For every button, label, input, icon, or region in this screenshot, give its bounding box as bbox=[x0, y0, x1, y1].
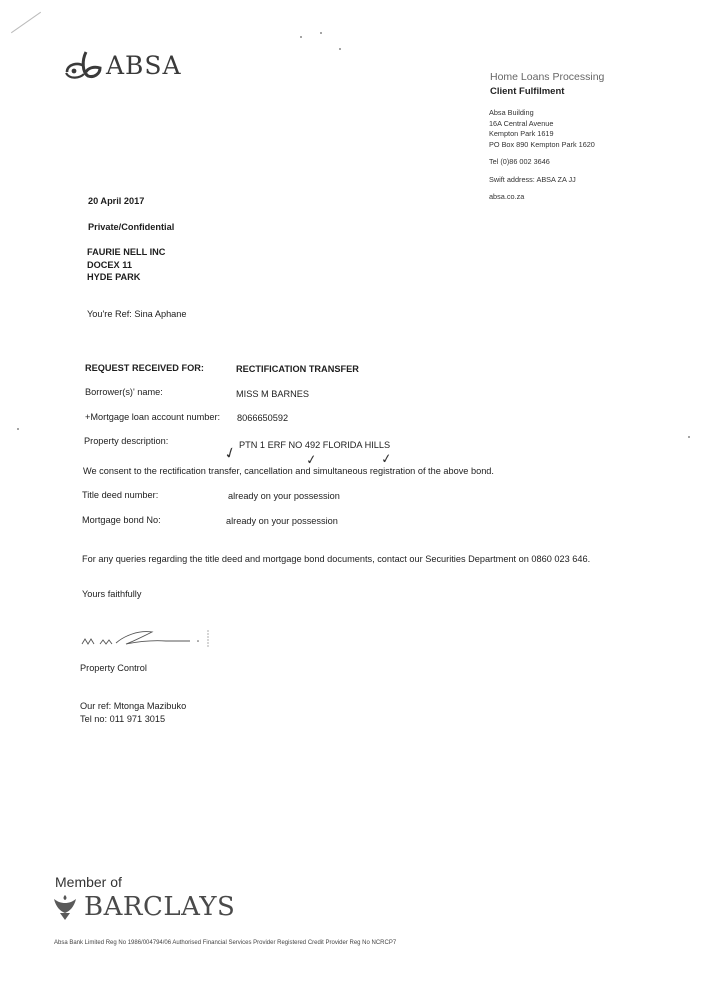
website-link[interactable]: absa.co.za bbox=[489, 192, 524, 201]
bond-number-label: Mortgage bond No: bbox=[82, 515, 161, 525]
account-number-value: 8066650592 bbox=[237, 413, 288, 423]
title-deed-label: Title deed number: bbox=[82, 490, 158, 500]
scan-speck bbox=[339, 48, 341, 50]
department-name: Home Loans Processing bbox=[490, 71, 604, 83]
scan-speck bbox=[320, 32, 322, 34]
our-reference: Our ref: Mtonga Mazibuko bbox=[80, 701, 186, 711]
address-line: Kempton Park 1619 bbox=[489, 129, 595, 140]
recipient-line: DOCEX 11 bbox=[87, 259, 165, 272]
consent-statement: We consent to the rectification transfer… bbox=[83, 466, 494, 476]
absa-logo-text: ABSA bbox=[106, 52, 182, 80]
checkmark-icon: ✓ bbox=[221, 442, 239, 463]
scan-speck bbox=[688, 436, 690, 438]
sub-department-name: Client Fulfilment bbox=[490, 86, 564, 97]
your-ref-value: Sina Aphane bbox=[134, 309, 186, 319]
your-ref-label: You're Ref: bbox=[87, 309, 132, 319]
request-value: RECTIFICATION TRANSFER bbox=[236, 364, 359, 374]
scan-mark bbox=[11, 12, 41, 33]
recipient-address: FAURIE NELL INC DOCEX 11 HYDE PARK bbox=[87, 246, 165, 284]
account-number-label: +Mortgage loan account number: bbox=[85, 412, 220, 422]
absa-logo: ABSA bbox=[64, 50, 182, 80]
address-block: Absa Building 16A Central Avenue Kempton… bbox=[489, 108, 595, 151]
signatory-department: Property Control bbox=[80, 663, 147, 673]
borrower-value: MISS M BARNES bbox=[236, 389, 309, 399]
header-telephone: Tel (0)86 002 3646 bbox=[489, 157, 550, 166]
scan-speck bbox=[300, 36, 302, 38]
recipient-line: HYDE PARK bbox=[87, 271, 165, 284]
bond-number-value: already on your possession bbox=[226, 516, 338, 526]
letter-date: 20 April 2017 bbox=[88, 196, 144, 206]
scan-speck bbox=[17, 428, 19, 430]
signature bbox=[80, 628, 220, 650]
barclays-logo-text: BARCLAYS bbox=[84, 892, 235, 922]
member-of-label: Member of bbox=[55, 874, 122, 890]
address-line: 16A Central Avenue bbox=[489, 119, 595, 130]
barclays-eagle-icon bbox=[52, 893, 78, 921]
recipient-line: FAURIE NELL INC bbox=[87, 246, 165, 259]
closing: Yours faithfully bbox=[82, 589, 141, 599]
absa-symbol-icon bbox=[64, 50, 102, 80]
request-label: REQUEST RECEIVED FOR: bbox=[85, 363, 204, 373]
borrower-label: Borrower(s)' name: bbox=[85, 387, 163, 397]
swift-address: Swift address: ABSA ZA JJ bbox=[489, 175, 576, 184]
queries-statement: For any queries regarding the title deed… bbox=[82, 554, 590, 564]
address-line: PO Box 890 Kempton Park 1620 bbox=[489, 140, 595, 151]
title-deed-value: already on your possession bbox=[228, 491, 340, 501]
property-description-value: PTN 1 ERF NO 492 FLORIDA HILLS bbox=[239, 440, 390, 450]
your-reference: You're Ref: Sina Aphane bbox=[87, 309, 187, 319]
classification: Private/Confidential bbox=[88, 222, 174, 232]
contact-telephone: Tel no: 011 971 3015 bbox=[80, 714, 165, 724]
barclays-logo: BARCLAYS bbox=[52, 892, 235, 922]
property-description-label: Property description: bbox=[84, 436, 168, 446]
legal-footer: Absa Bank Limited Reg No 1986/004794/06 … bbox=[54, 940, 396, 946]
address-line: Absa Building bbox=[489, 108, 595, 119]
